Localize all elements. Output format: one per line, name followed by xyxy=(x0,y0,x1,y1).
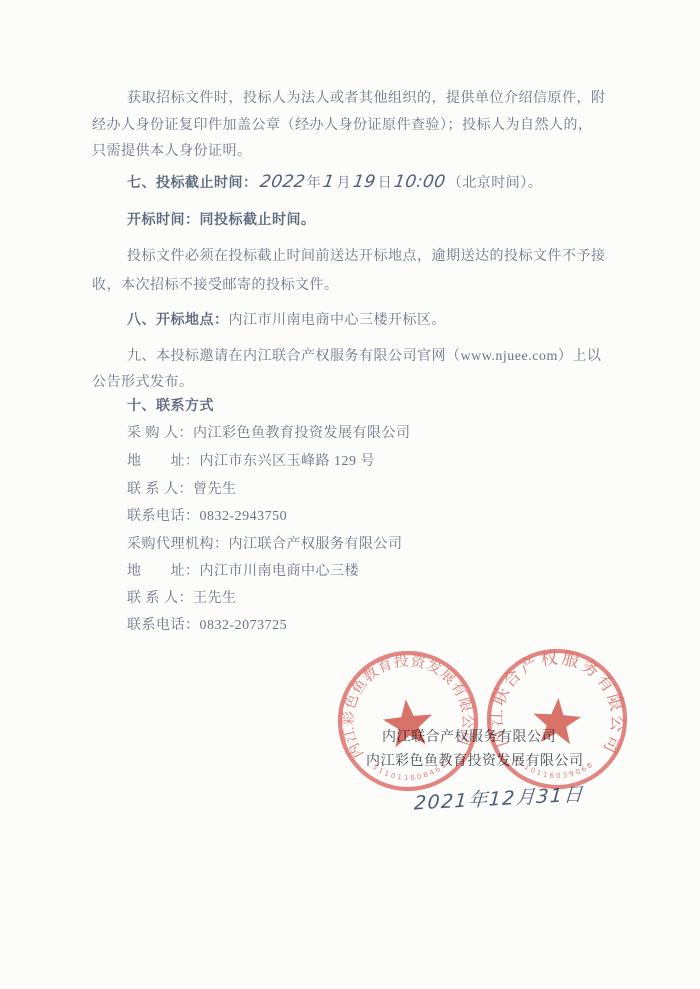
contact-row-phone: 联系电话：0832-2943750 xyxy=(127,507,287,527)
company-seal-right: 内江联合产权服务有限公司 5110116039068 xyxy=(477,639,637,799)
contact-row-purchaser: 采 购 人：内江彩色鱼教育投资发展有限公司 xyxy=(127,424,411,444)
beijing-time-note: （北京时间）。 xyxy=(448,176,543,191)
contact-row-agency-address: 地 址：内江市川南电商中心三楼 xyxy=(127,562,359,582)
opening-location-text: 内江市川南电商中心三楼开标区。 xyxy=(229,313,447,328)
announcement-line: 九、本投标邀请在内江联合产权服务有限公司官网（www.njuee.com）上以 xyxy=(127,347,601,367)
contact-row-address: 地 址：内江市东兴区玉峰路 129 号 xyxy=(127,452,375,472)
paragraph-line: 收，本次招标不接受邮寄的投标文件。 xyxy=(92,276,339,296)
paragraph-line: 投标文件必须在投标截止时间前送达开标地点，逾期送达的投标文件不予接 xyxy=(127,247,606,267)
contact-row-person: 联 系 人：曾先生 xyxy=(127,480,237,500)
handwritten-year: 2022 xyxy=(258,173,306,191)
document-page: 获取招标文件时，投标人为法人或者其他组织的，提供单位介绍信原件，附 经办人身份证… xyxy=(0,0,700,989)
contact-row-agency-person: 联 系 人：王先生 xyxy=(127,589,237,609)
opening-location-line: 八、开标地点：内江市川南电商中心三楼开标区。 xyxy=(127,311,446,331)
opening-location-label: 八、开标地点： xyxy=(127,313,229,328)
contact-row-agency: 采购代理机构：内江联合产权服务有限公司 xyxy=(127,535,403,555)
paragraph-line: 经办人身份证复印件加盖公章（经办人身份证原件查验）；投标人为自然人的， xyxy=(92,116,593,136)
opening-time-line: 开标时间：同投标截止时间。 xyxy=(127,211,316,231)
bid-deadline-line: 七、投标截止时间：2022年1月19日10:00（北京时间）。 xyxy=(127,173,542,194)
year-unit: 年 xyxy=(307,176,322,191)
month-unit: 月 xyxy=(337,176,352,191)
contact-section-heading: 十、联系方式 xyxy=(127,397,214,417)
contact-row-agency-phone: 联系电话：0832-2073725 xyxy=(127,616,287,636)
star-icon xyxy=(381,697,435,749)
handwritten-day: 19 xyxy=(352,173,377,191)
star-icon xyxy=(531,696,582,745)
paragraph-line: 获取招标文件时，投标人为法人或者其他组织的，提供单位介绍信原件，附 xyxy=(127,89,606,109)
company-seal-left: 内江彩色鱼教育投资发展有限公司 5110118084615 xyxy=(326,639,491,804)
handwritten-month: 1 xyxy=(322,173,336,191)
announcement-line: 公告形式发布。 xyxy=(92,373,194,393)
paragraph-line: 只需提供本人身份证明。 xyxy=(92,142,252,162)
handwritten-time: 10:00 xyxy=(393,173,447,191)
day-unit: 日 xyxy=(378,176,393,191)
bid-deadline-label: 七、投标截止时间： xyxy=(127,176,258,191)
